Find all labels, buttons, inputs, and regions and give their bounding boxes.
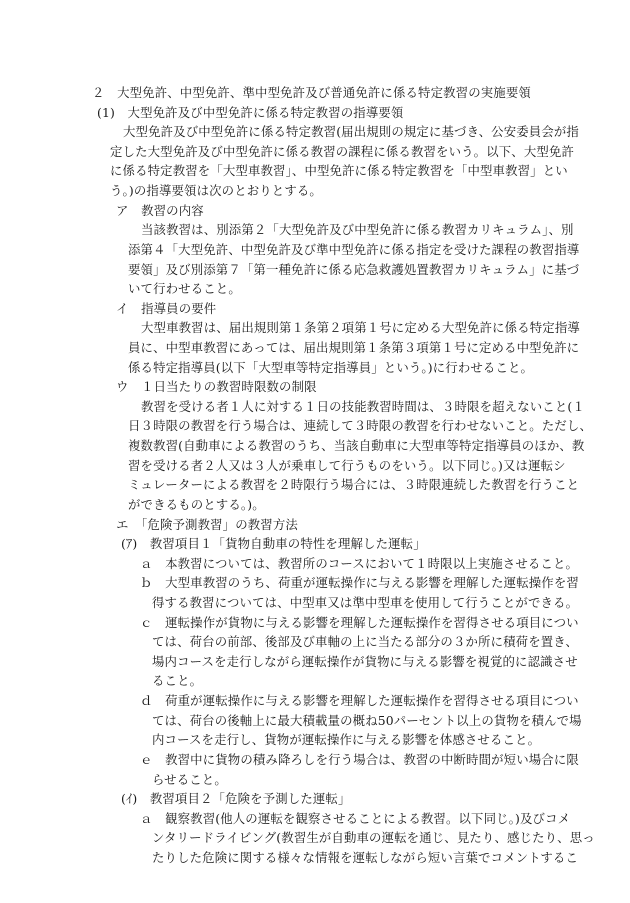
list-item-line: ては、荷台の前部、後部及び車軸の上に当たる部分の３か所に積荷を置き、 — [152, 632, 578, 652]
paragraph-line: 大型車教習は、届出規則第１条第２項第１号に定める大型免許に係る特定指導 — [141, 318, 580, 338]
item-heading: エ 「危険予測教習」の教習方法 — [116, 515, 298, 535]
list-item-line: たりした危険に関する様々な情報を運転しながら短い言葉でコメントするこ — [152, 848, 578, 868]
paragraph-line: 要領」及び別添第７「第一種免許に係る応急救護処置教習カリキュラム」に基づ — [128, 260, 579, 280]
paragraph-line: う。)の指導要領は次のとおりとする。 — [110, 181, 322, 201]
list-item-line: ｃ 運転操作が貨物に与える影響を理解した運転操作を習得させる項目につい — [140, 613, 579, 633]
list-item-line: 得する教習については、中型車又は準中型車を使用して行うことができる。 — [152, 593, 578, 613]
paragraph-line: ができるものとする。)。 — [128, 495, 265, 515]
subsection-heading: (1) 大型免許及び中型免許に係る特定教習の指導要領 — [97, 103, 403, 123]
list-item-line: ｄ 荷重が運転操作に与える影響を理解した運転操作を習得させる項目につい — [140, 691, 579, 711]
list-item-line: ンタリードライビング(教習生が自動車の運転を通じ、見たり、感じたり、思っ — [152, 828, 595, 848]
paragraph-line: 大型免許及び中型免許に係る特定教習(届出規則の規定に基づき、公安委員会が指 — [123, 122, 579, 142]
item-heading: イ 指導員の要件 — [116, 299, 216, 319]
list-item-line: ｅ 教習中に貨物の積み降ろしを行う場合は、教習の中断時間が短い場合に限 — [140, 750, 579, 770]
list-item-line: ａ 本教習については、教習所のコースにおいて１時限以上実施させること。 — [140, 554, 578, 574]
paragraph-line: 複数教習(自動車による教習のうち、当該自動車に大型車等特定指導員のほか、教 — [128, 436, 584, 456]
item-heading: ア 教習の内容 — [116, 201, 204, 221]
paragraph-line: 員に、中型車教習にあっては、届出規則第１条第３項第１号に定める中型免許に — [128, 338, 579, 358]
list-item-line: ては、荷台の後軸上に最大積載量の概ね50パーセント以上の貨物を積んで場 — [152, 711, 582, 731]
paragraph-line: いて行わせること。 — [128, 279, 241, 299]
paragraph-line: 習を受ける者２人又は３人が乗車して行うものをいう。以下同じ。)又は運転シ — [128, 456, 566, 476]
item-heading: ウ １日当たりの教習時限数の制限 — [116, 377, 317, 397]
subitem-heading: (ｲ) 教習項目２「危険を予測した運転」 — [121, 789, 351, 809]
paragraph-line: 当該教習は、別添第２「大型免許及び中型免許に係る教習カリキュラム」、別 — [141, 220, 574, 240]
list-item-line: ｂ 大型車教習のうち、荷重が運転操作に与える影響を理解した運転操作を習 — [140, 573, 579, 593]
paragraph-line: 教習を受ける者１人に対する１日の技能教習時間は、３時限を超えないこと(１ — [141, 397, 585, 417]
paragraph-line: 定した大型免許及び中型免許に係る教習の課程に係る教習をいう。以下、大型免許 — [110, 142, 574, 162]
list-item-line: ａ 観察教習(他人の運転を観察させることによる教習。以下同じ。)及びコメ — [140, 809, 570, 829]
list-item-line: 場内コースを走行しながら運転操作が貨物に与える影響を視覚的に認識させ — [152, 652, 578, 672]
paragraph-line: に係る特定教習を「大型車教習」、中型免許に係る特定教習を「中型車教習」とい — [110, 161, 568, 181]
paragraph-line: 日３時限の教習を行う場合は、連続して３時限の教習を行わせないこと。ただし、 — [128, 416, 592, 436]
paragraph-line: 添第４「大型免許、中型免許及び準中型免許に係る指定を受けた課程の教習指導 — [128, 240, 579, 260]
section-heading: ２ 大型免許、中型免許、準中型免許及び普通免許に係る特定教習の実施要領 — [92, 83, 531, 103]
list-item-line: らせること。 — [152, 770, 227, 790]
list-item-line: 内コースを走行し、貨物が運転操作に与える影響を体感させること。 — [152, 730, 540, 750]
list-item-line: ること。 — [152, 671, 202, 691]
subitem-heading: (ｱ) 教習項目１「貨物自動車の特性を理解した運転」 — [121, 534, 426, 554]
document-page: ２ 大型免許、中型免許、準中型免許及び普通免許に係る特定教習の実施要領 (1) … — [0, 0, 630, 903]
paragraph-line: 係る特定指導員(以下「大型車等特定指導員」という。)に行わせること。 — [128, 358, 533, 378]
paragraph-line: ミュレーターによる教習を２時限行う場合には、３時限連続した教習を行うこと — [128, 475, 579, 495]
